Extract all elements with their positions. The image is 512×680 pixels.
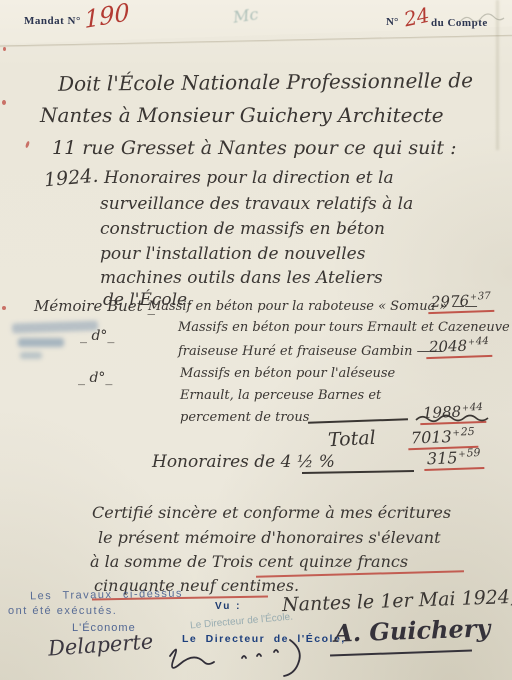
mandat-label: Mandat N° <box>24 15 81 27</box>
fees-label: Honoraires de 4 ½ % <box>152 452 335 472</box>
pencil-mark: Mc <box>232 4 260 26</box>
amount-centimes: 59 <box>466 446 480 459</box>
amount-francs: 2976 <box>431 292 470 311</box>
amount-centimes: 44 <box>476 336 489 347</box>
amount-francs: 7013 <box>411 427 452 447</box>
place-date: Nantes le 1er Mai 1924, <box>282 586 512 616</box>
item-label: Mémoire Buet _ <box>34 297 155 315</box>
item-line: Ernault, la perceuse Barnes et <box>180 388 381 403</box>
total-label: Total <box>327 427 376 451</box>
red-underline <box>256 570 464 577</box>
red-speck <box>2 306 6 310</box>
amount-francs: 315 <box>427 448 458 468</box>
description-line: surveillance des travaux relatifs à la <box>100 194 413 214</box>
description-line: construction de massifs en béton <box>100 219 385 239</box>
ink-smudge <box>20 352 42 359</box>
item-line: Massifs en béton pour l'aléseuse <box>180 366 395 381</box>
amount-separator: + <box>451 428 461 438</box>
description-line: machines outils dans les Ateliers <box>100 268 383 288</box>
fees-amount: 315+59 <box>424 446 484 471</box>
certification-line: le présent mémoire d'honoraires s'élevan… <box>98 528 441 547</box>
total-squiggle <box>414 412 494 424</box>
intro-line: Nantes à Monsieur Guichery Architecte <box>40 103 444 127</box>
description-line: Honoraires pour la direction et la <box>104 168 394 188</box>
architect-signature: A. Guichery <box>334 613 491 647</box>
red-speck <box>25 141 30 149</box>
certification-line: à la somme de Trois cent quinze francs <box>90 552 408 571</box>
item-line: Massifs en béton pour tours Ernault et C… <box>178 320 510 335</box>
year-label: 1924. <box>43 165 99 192</box>
scanned-document-page: Mandat N° 190 N° 24 du Compte Mc Doit l'… <box>0 0 512 680</box>
director-signature <box>162 638 332 680</box>
description-line: pour l'installation de nouvelles <box>100 244 365 264</box>
item-label: _ d°_ <box>78 370 112 386</box>
amount-separator: + <box>457 450 467 460</box>
certification-line: Certifié sincère et conforme à mes écrit… <box>92 503 451 522</box>
ink-smudge <box>18 338 64 347</box>
amount-centimes: 25 <box>461 425 475 438</box>
director-stamp-faint: Le Directeur de l'École. <box>190 612 294 632</box>
item-amount: 2048+44 <box>426 336 493 359</box>
signature-underline <box>330 650 472 657</box>
compte-no-label: N° <box>386 16 398 28</box>
amount-centimes: 37 <box>478 291 491 302</box>
amount-separator: + <box>467 336 476 346</box>
item-line: percement de trous <box>180 410 309 425</box>
executed-stamp-line: ont été exécutés. <box>8 605 117 617</box>
amount-francs: 2048 <box>429 337 468 356</box>
econome-signature: Delaperte <box>47 629 154 660</box>
executed-stamp-line: Les Travaux ci-dessus <box>30 588 183 603</box>
vu-stamp: Vu : <box>215 601 242 612</box>
intro-line: Doit l'École Nationale Professionnelle d… <box>58 68 473 96</box>
item-line: fraiseuse Huré et fraiseuse Gambin —— <box>178 344 443 359</box>
pencil-scribble <box>458 8 506 30</box>
amount-separator: + <box>469 291 478 301</box>
red-speck <box>2 100 6 105</box>
item-amount: 2976+37 <box>428 291 495 314</box>
item-dash-line <box>308 418 408 423</box>
intro-line: 11 rue Gresset à Nantes pour ce qui suit… <box>52 137 457 159</box>
red-speck <box>3 47 6 51</box>
